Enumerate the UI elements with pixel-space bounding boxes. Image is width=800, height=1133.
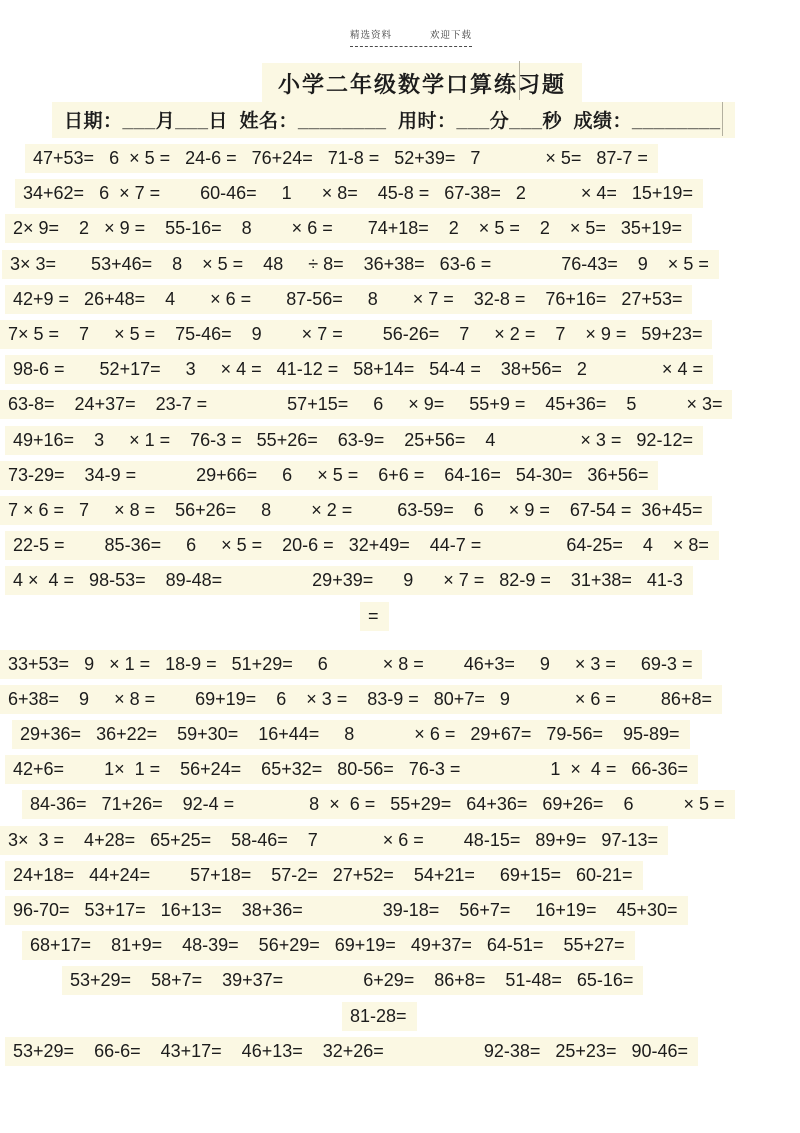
problem-row-text: 7× 5 = 7 × 5 = 75-46= 9 × 7 = 56-26= 7 ×… — [0, 320, 712, 349]
problem-row: 96-70= 53+17= 16+13= 38+36= 39-18= 56+7=… — [0, 893, 800, 928]
problem-row-text: 49+16= 3 × 1 = 76-3 = 55+26= 63-9= 25+56… — [5, 426, 703, 455]
problem-row-text: 3× 3= 53+46= 8 × 5 = 48 ÷ 8= 36+38= 63-6… — [2, 250, 719, 279]
problem-row: 42+9 = 26+48= 4 × 6 = 87-56= 8 × 7 = 32-… — [0, 282, 800, 317]
problem-row-continuation: = — [0, 598, 800, 633]
problem-row: 6+38= 9 × 8 = 69+19= 6 × 3 = 83-9 = 80+7… — [0, 682, 800, 717]
problem-row-text: 29+36= 36+22= 59+30= 16+44= 8 × 6 = 29+6… — [12, 720, 690, 749]
problem-row: 53+29= 58+7= 39+37= 6+29= 86+8= 51-48= 6… — [0, 963, 800, 998]
problem-row: 24+18= 44+24= 57+18= 57-2= 27+52= 54+21=… — [0, 858, 800, 893]
info-line: 日期：___月___日 姓名：________ 用时：___分___秒 成绩：_… — [52, 102, 735, 138]
problem-row: 49+16= 3 × 1 = 76-3 = 55+26= 63-9= 25+56… — [0, 423, 800, 458]
problem-row-text: 24+18= 44+24= 57+18= 57-2= 27+52= 54+21=… — [5, 861, 643, 890]
problem-row: 22-5 = 85-36= 6 × 5 = 20-6 = 32+49= 44-7… — [0, 528, 800, 563]
problem-row: 47+53= 6 × 5 = 24-6 = 76+24= 71-8 = 52+3… — [0, 141, 800, 176]
watermark-right-label: 欢迎下载 — [430, 27, 472, 41]
problem-row-text: 73-29= 34-9 = 29+66= 6 × 5 = 6+6 = 64-16… — [0, 461, 658, 490]
problem-row: 2× 9= 2 × 9 = 55-16= 8 × 6 = 74+18= 2 × … — [0, 211, 800, 246]
problem-row-text: 63-8= 24+37= 23-7 = 57+15= 6 × 9= 55+9 =… — [0, 390, 732, 419]
problem-row: 34+62= 6 × 7 = 60-46= 1 × 8= 45-8 = 67-3… — [0, 176, 800, 211]
problem-row-text: = — [360, 602, 389, 631]
problems-list: 47+53= 6 × 5 = 24-6 = 76+24= 71-8 = 52+3… — [0, 141, 800, 1069]
problem-row-text: 42+9 = 26+48= 4 × 6 = 87-56= 8 × 7 = 32-… — [5, 285, 692, 314]
problem-row: 3× 3= 53+46= 8 × 5 = 48 ÷ 8= 36+38= 63-6… — [0, 247, 800, 282]
problem-row: 4 × 4 = 98-53= 89-48= 29+39= 9 × 7 = 82-… — [0, 563, 800, 598]
problem-row: 7 × 6 = 7 × 8 = 56+26= 8 × 2 = 63-59= 6 … — [0, 493, 800, 528]
problem-row-text: 81-28= — [342, 1002, 417, 1031]
problem-row-continuation: 81-28= — [0, 999, 800, 1034]
problem-row: 29+36= 36+22= 59+30= 16+44= 8 × 6 = 29+6… — [0, 717, 800, 752]
problem-row-text: 34+62= 6 × 7 = 60-46= 1 × 8= 45-8 = 67-3… — [15, 179, 703, 208]
problem-row-text: 33+53= 9 × 1 = 18-9 = 51+29= 6 × 8 = 46+… — [0, 650, 702, 679]
problem-row-text: 84-36= 71+26= 92-4 = 8 × 6 = 55+29= 64+3… — [22, 790, 735, 819]
problem-row: 7× 5 = 7 × 5 = 75-46= 9 × 7 = 56-26= 7 ×… — [0, 317, 800, 352]
problem-row-text: 53+29= 66-6= 43+17= 46+13= 32+26= 92-38=… — [5, 1037, 698, 1066]
problem-row: 33+53= 9 × 1 = 18-9 = 51+29= 6 × 8 = 46+… — [0, 647, 800, 682]
problem-row: 84-36= 71+26= 92-4 = 8 × 6 = 55+29= 64+3… — [0, 787, 800, 822]
problem-row-text: 4 × 4 = 98-53= 89-48= 29+39= 9 × 7 = 82-… — [5, 566, 693, 595]
problem-row-text: 6+38= 9 × 8 = 69+19= 6 × 3 = 83-9 = 80+7… — [0, 685, 722, 714]
page-title: 小学二年级数学口算练习题 — [262, 63, 582, 105]
problem-row: 42+6= 1× 1 = 56+24= 65+32= 80-56= 76-3 =… — [0, 752, 800, 787]
problem-row: 63-8= 24+37= 23-7 = 57+15= 6 × 9= 55+9 =… — [0, 387, 800, 422]
problem-row-text: 68+17= 81+9= 48-39= 56+29= 69+19= 49+37=… — [22, 931, 635, 960]
problem-row-text: 98-6 = 52+17= 3 × 4 = 41-12 = 58+14= 54-… — [5, 355, 713, 384]
problem-row-text: 22-5 = 85-36= 6 × 5 = 20-6 = 32+49= 44-7… — [5, 531, 719, 560]
problem-row-text: 3× 3 = 4+28= 65+25= 58-46= 7 × 6 = 48-15… — [0, 826, 668, 855]
watermark-left-label: 精选资料 — [350, 27, 392, 41]
problem-row-text: 2× 9= 2 × 9 = 55-16= 8 × 6 = 74+18= 2 × … — [5, 214, 692, 243]
problem-row: 3× 3 = 4+28= 65+25= 58-46= 7 × 6 = 48-15… — [0, 823, 800, 858]
problem-row-text: 42+6= 1× 1 = 56+24= 65+32= 80-56= 76-3 =… — [5, 755, 698, 784]
problem-row: 73-29= 34-9 = 29+66= 6 × 5 = 6+6 = 64-16… — [0, 458, 800, 493]
problem-row-text: 47+53= 6 × 5 = 24-6 = 76+24= 71-8 = 52+3… — [25, 144, 658, 173]
problem-row: 53+29= 66-6= 43+17= 46+13= 32+26= 92-38=… — [0, 1034, 800, 1069]
problem-row: 68+17= 81+9= 48-39= 56+29= 69+19= 49+37=… — [0, 928, 800, 963]
watermark-header: 精选资料 欢迎下载 — [350, 27, 472, 47]
title-right-rule — [519, 61, 520, 100]
problem-row-text: 96-70= 53+17= 16+13= 38+36= 39-18= 56+7=… — [5, 896, 688, 925]
problem-row-text: 7 × 6 = 7 × 8 = 56+26= 8 × 2 = 63-59= 6 … — [0, 496, 712, 525]
info-right-rule — [722, 102, 723, 136]
problem-row: 98-6 = 52+17= 3 × 4 = 41-12 = 58+14= 54-… — [0, 352, 800, 387]
problem-row-text: 53+29= 58+7= 39+37= 6+29= 86+8= 51-48= 6… — [62, 966, 643, 995]
